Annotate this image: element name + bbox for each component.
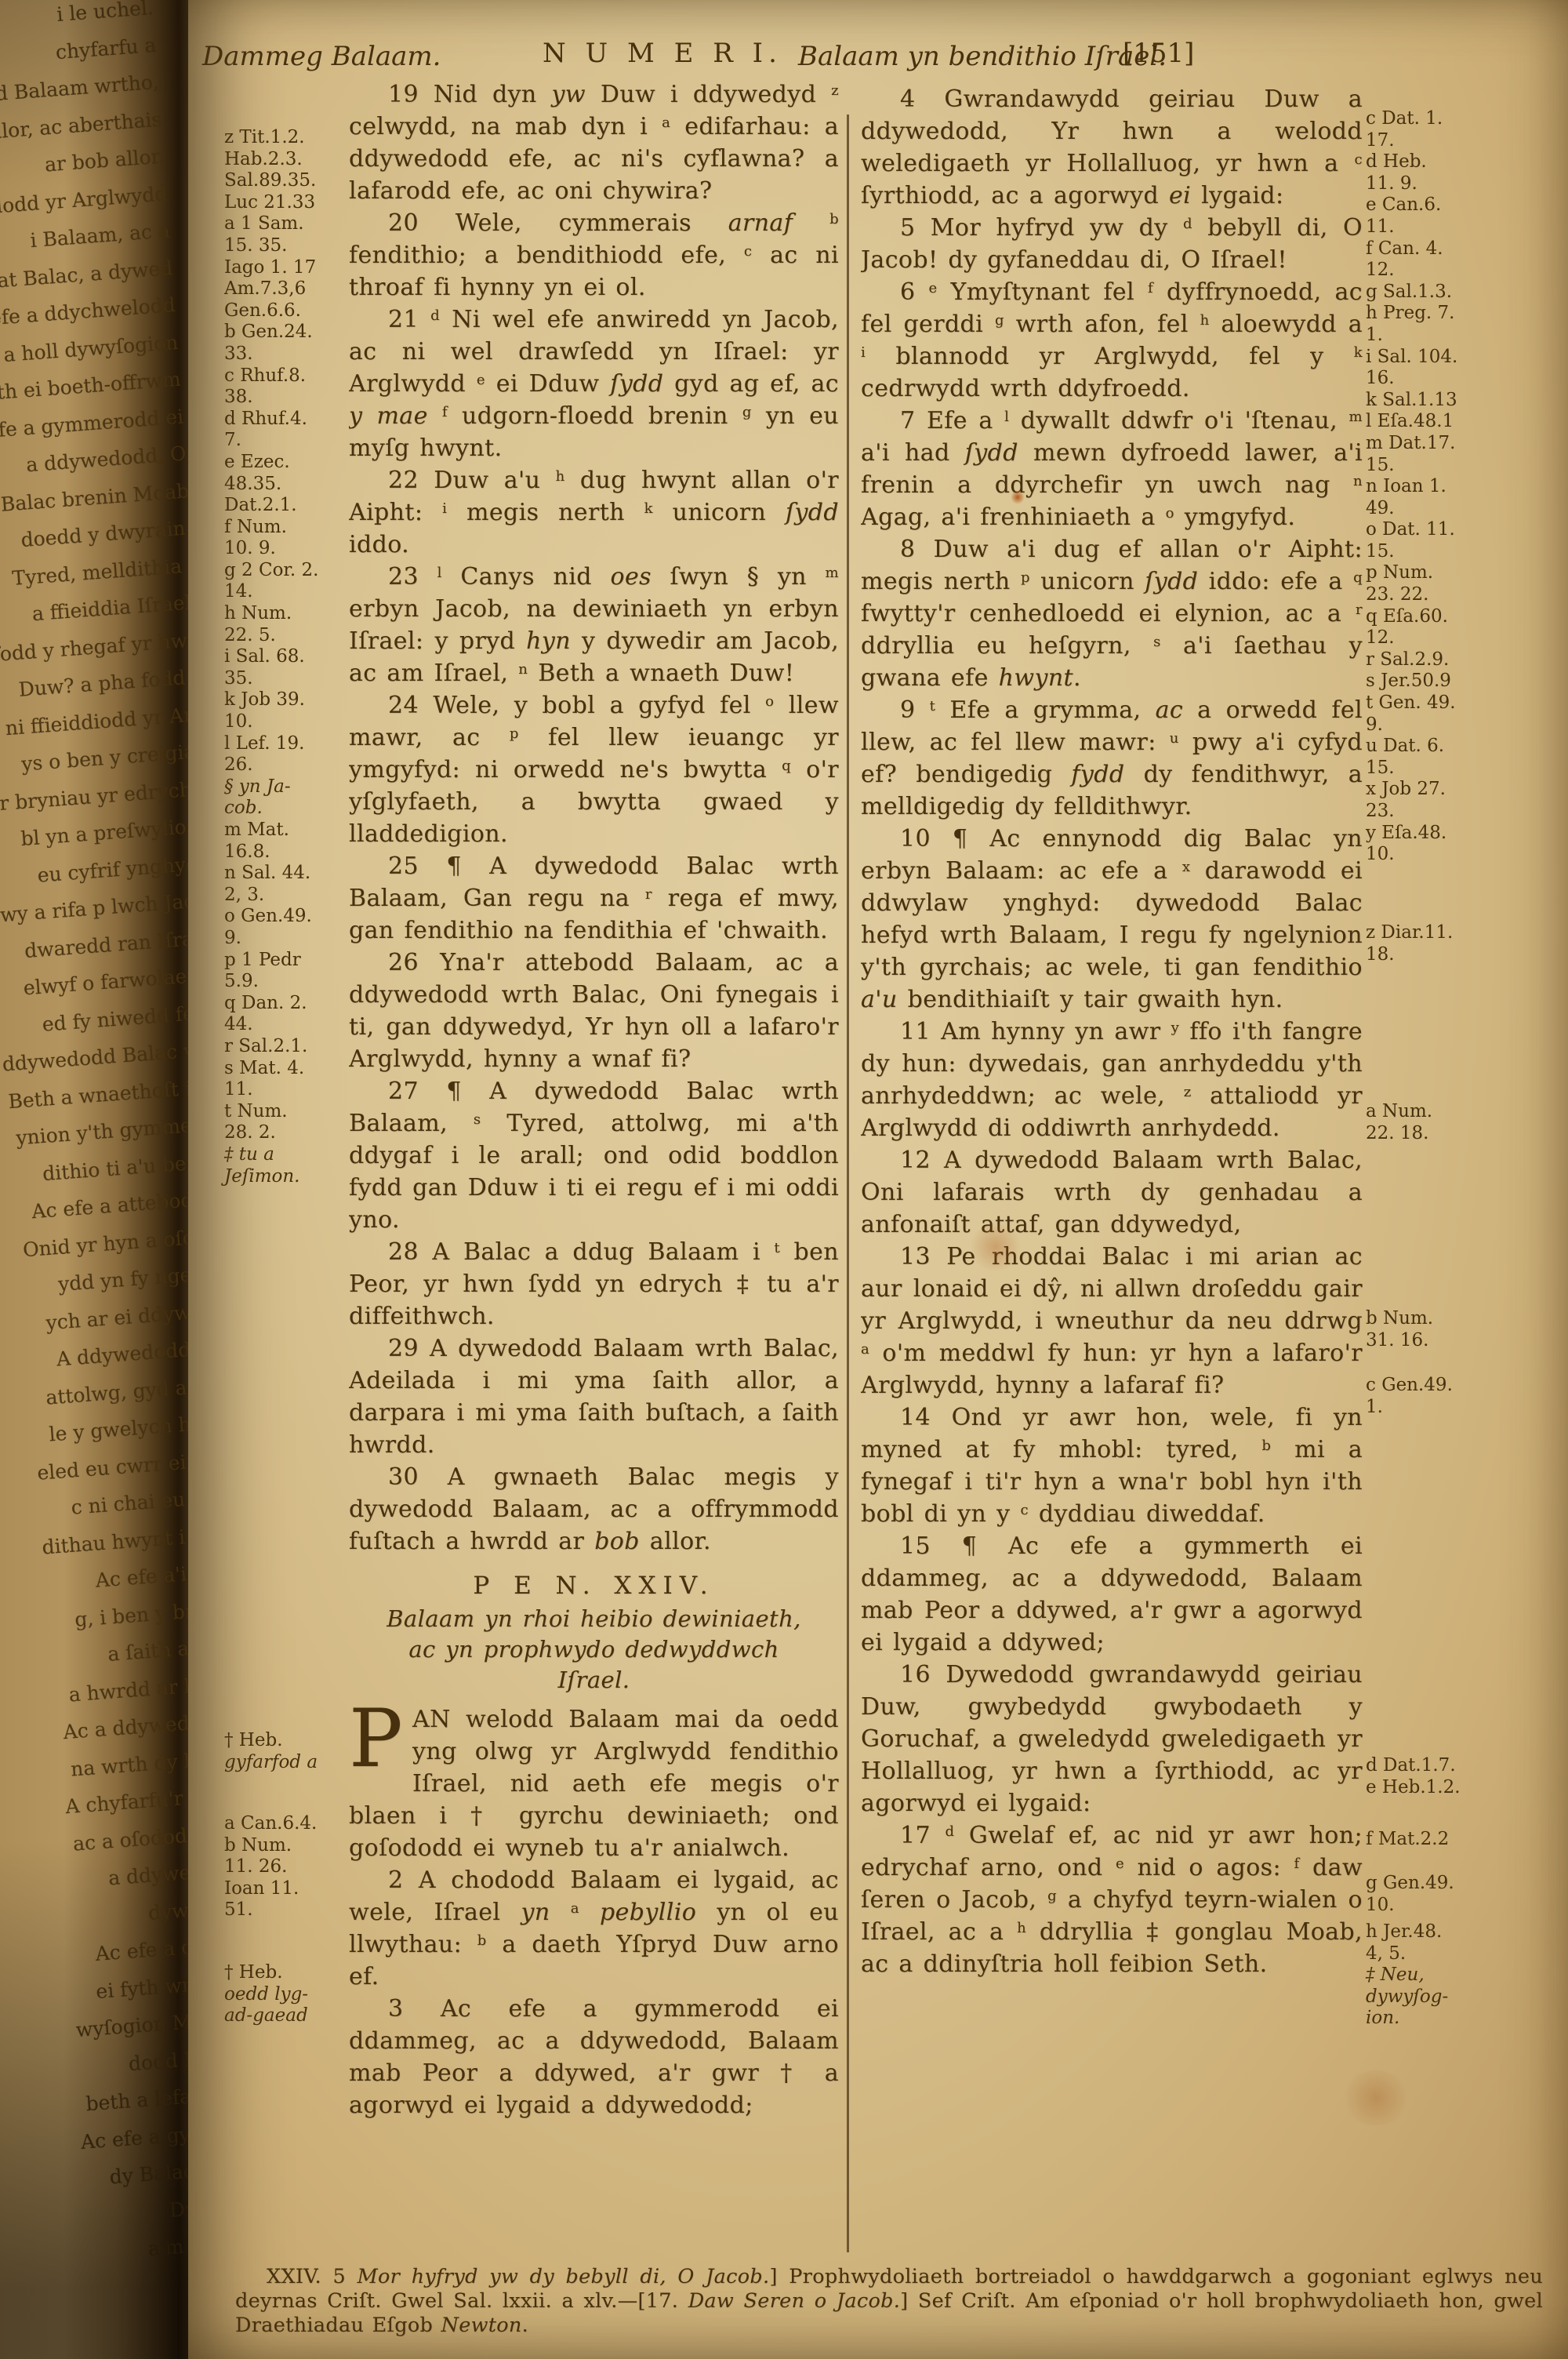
- margin-reference: 28. 2.: [224, 1122, 348, 1144]
- text-block: 7 Efe a l dywallt ddwfr o'i 'ſtenau, m a…: [861, 405, 1363, 533]
- margin-reference: Sal.89.35.: [224, 170, 348, 192]
- margin-reference: 12.: [1366, 260, 1566, 282]
- commentary-footnote: XXIV. 5 Mor hyfryd yw dy bebyll di, O Ja…: [235, 2265, 1543, 2338]
- margin-reference: 23. 22.: [1366, 584, 1566, 606]
- margin-reference: 11. 26.: [224, 1856, 348, 1878]
- margin-reference: a Can.6.4.: [224, 1813, 348, 1835]
- margin-reference: k Job 39.: [224, 689, 348, 711]
- margin-reference: n Ioan 1.: [1366, 476, 1566, 498]
- text-block: 13 Pe rhoddai Balac i mi arian ac aur lo…: [861, 1241, 1363, 1401]
- margin-reference: 31. 16.: [1366, 1330, 1566, 1352]
- margin-reference: s Mat. 4.: [224, 1058, 348, 1080]
- margin-reference: f Mat.2.2: [1366, 1829, 1566, 1851]
- drop-cap: P: [349, 1708, 403, 1771]
- margin-reference: Hab.2.3.: [224, 149, 348, 171]
- margin-reference: n Sal. 44.: [224, 863, 348, 885]
- text-block: 9 t Efe a grymma, ac a orwedd fel llew, …: [861, 694, 1363, 823]
- left-margin-note-group-2: † Heb.gyfarfod a: [224, 1730, 348, 1773]
- text-block: 12 A dywedodd Balaam wrth Balac, Oni laf…: [861, 1144, 1363, 1241]
- margin-reference: 48.35.: [224, 474, 348, 496]
- margin-reference: ad-gaead: [224, 2005, 348, 2027]
- margin-reference: † Heb.: [224, 1962, 348, 1984]
- right-text-column: 4 Gwrandawydd geiriau Duw a ddywedodd, Y…: [861, 83, 1363, 2138]
- margin-reference: 4, 5.: [1366, 1943, 1566, 1965]
- margin-reference: z Tit.1.2.: [224, 127, 348, 149]
- margin-reference: 14.: [224, 581, 348, 603]
- margin-reference: 10.: [224, 711, 348, 733]
- margin-reference: 44.: [224, 1014, 348, 1036]
- left-margin-references: z Tit.1.2.Hab.2.3.Sal.89.35.Luc 21.33a 1…: [224, 0, 348, 2359]
- margin-reference: g Sal.1.3.: [1366, 282, 1566, 304]
- margin-reference: k Sal.1.13: [1366, 390, 1566, 412]
- margin-reference: 10.: [1366, 1895, 1566, 1917]
- margin-reference: 51.: [224, 1899, 348, 1921]
- margin-reference: g 2 Cor. 2.: [224, 560, 348, 582]
- margin-reference: m Dat.17.: [1366, 433, 1566, 455]
- text-block: Balaam yn rhoi heibio dewiniaeth, ac yn …: [369, 1604, 818, 1696]
- margin-reference: g Gen.49.: [1366, 1873, 1566, 1895]
- right-margin-note-group-3: a Num.22. 18.: [1366, 1101, 1566, 1144]
- margin-reference: t Gen. 49.: [1366, 692, 1566, 714]
- text-block: 16 Dywedodd gwrandawydd geiriau Duw, gwy…: [861, 1659, 1363, 1819]
- margin-reference: † Heb.: [224, 1730, 348, 1752]
- margin-reference: Luc 21.33: [224, 192, 348, 214]
- margin-reference: i Sal. 68.: [224, 646, 348, 668]
- margin-reference: 15.: [1366, 541, 1566, 563]
- margin-reference: a Num.: [1366, 1101, 1566, 1123]
- margin-reference: Am.7.3,6: [224, 278, 348, 300]
- margin-reference: ‡ Neu,: [1366, 1965, 1566, 1986]
- margin-reference: 10. 9.: [224, 538, 348, 560]
- margin-reference: ion.: [1366, 2008, 1566, 2030]
- margin-reference: 10.: [1366, 844, 1566, 866]
- margin-reference: Ioan 11.: [224, 1878, 348, 1900]
- margin-reference: e Ezec.: [224, 452, 348, 474]
- margin-reference: 11.: [224, 1079, 348, 1101]
- margin-reference: d Dat.1.7.: [1366, 1755, 1566, 1777]
- margin-reference: 18.: [1366, 944, 1566, 966]
- margin-reference: p Num.: [1366, 562, 1566, 584]
- margin-reference: s Jer.50.9: [1366, 671, 1566, 692]
- text-block: 6 e Ymyſtynant fel f dyffrynoedd, ac fel…: [861, 276, 1363, 405]
- margin-reference: l Eſa.48.1: [1366, 411, 1566, 433]
- margin-reference: o Dat. 11.: [1366, 519, 1566, 541]
- margin-reference: b Num.: [1366, 1308, 1566, 1330]
- margin-reference: 9.: [224, 928, 348, 950]
- margin-reference: b Num.: [224, 1835, 348, 1857]
- margin-reference: e Can.6.: [1366, 194, 1566, 216]
- text-block: 10 ¶ Ac ennynodd dig Balac yn erbyn Bala…: [861, 823, 1363, 1016]
- margin-reference: p 1 Pedr: [224, 950, 348, 972]
- margin-reference: z Diar.11.: [1366, 922, 1566, 944]
- book-title: N U M E R I.: [543, 38, 782, 69]
- text-block: 8 Duw a'i dug ef allan o'r Aipht: megis …: [861, 533, 1363, 694]
- right-margin-note-group-2: z Diar.11.18.: [1366, 922, 1566, 965]
- text-block: 2 A chododd Balaam ei lygaid, ac wele, I…: [349, 1864, 839, 1993]
- text-block: 29 A dywedodd Balaam wrth Balac, Adeilad…: [349, 1332, 839, 1461]
- margin-reference: 17.: [1366, 130, 1566, 152]
- margin-reference: 49.: [1366, 498, 1566, 520]
- left-margin-note-group-3: a Can.6.4.b Num.11. 26.Ioan 11.51.: [224, 1813, 348, 1921]
- text-block: 26 Yna'r attebodd Balaam, ac a ddywedodd…: [349, 947, 839, 1075]
- margin-reference: h Preg. 7.: [1366, 303, 1566, 325]
- margin-reference: r Sal.2.1.: [224, 1036, 348, 1058]
- text-block: 25 ¶ A dywedodd Balac wrth Balaam, Gan r…: [349, 850, 839, 947]
- margin-reference: 22. 5.: [224, 625, 348, 647]
- margin-reference: 5.9.: [224, 971, 348, 993]
- margin-reference: x Job 27.: [1366, 779, 1566, 801]
- margin-reference: r Sal.2.9.: [1366, 649, 1566, 671]
- text-block: P E N. XXIV.: [349, 1570, 839, 1602]
- margin-reference: 38.: [224, 387, 348, 409]
- running-header-right: Balaam yn bendithio Iſrael.: [798, 41, 1167, 72]
- right-margin-note-group-5: c Gen.49.1.: [1366, 1375, 1566, 1418]
- text-block: 21 d Ni wel efe anwiredd yn Jacob, ac ni…: [349, 304, 839, 464]
- text-block: 15 ¶ Ac efe a gymmerth ei ddammeg, ac a …: [861, 1530, 1363, 1659]
- margin-reference: i Sal. 104.: [1366, 347, 1566, 369]
- margin-reference: ‡ tu a: [224, 1144, 348, 1166]
- text-block: 19 Nid dyn yw Duw i ddywedyd z celwydd, …: [349, 78, 839, 207]
- margin-reference: 16.8.: [224, 841, 348, 863]
- margin-reference: 15.: [1366, 758, 1566, 780]
- margin-reference: 12.: [1366, 627, 1566, 649]
- margin-reference: 1.: [1366, 325, 1566, 347]
- margin-reference: Iago 1. 17: [224, 257, 348, 279]
- margin-reference: oedd lyg-: [224, 1984, 348, 2006]
- text-block: 28 A Balac a ddug Balaam i t ben Peor, y…: [349, 1236, 839, 1332]
- text-block: 20 Wele, cymmerais arnaf b fendithio; a …: [349, 207, 839, 304]
- text-block: 11 Am hynny yn awr y ffo i'th fangre dy …: [861, 1016, 1363, 1144]
- right-margin-note-group-6: d Dat.1.7.e Heb.1.2.: [1366, 1755, 1566, 1798]
- right-margin-note-group-8: g Gen.49.10.: [1366, 1873, 1566, 1916]
- text-block: 22 Duw a'u h dug hwynt allan o'r Aipht: …: [349, 464, 839, 561]
- column-divider-rule: [847, 114, 849, 2252]
- margin-reference: 15. 35.: [224, 235, 348, 257]
- margin-reference: 22. 18.: [1366, 1123, 1566, 1145]
- right-margin-references: c Dat. 1.17.d Heb.11. 9.e Can.6.11.f Can…: [1366, 0, 1566, 2359]
- text-block: 17 d Gwelaf ef, ac nid yr awr hon; edryc…: [861, 1819, 1363, 1980]
- right-margin-note-group-4: b Num.31. 16.: [1366, 1308, 1566, 1351]
- page-number: [151]: [1123, 38, 1194, 69]
- margin-reference: gyfarfod a: [224, 1752, 348, 1774]
- left-text-column: 19 Nid dyn yw Duw i ddywedyd z celwydd, …: [349, 78, 839, 2279]
- margin-reference: 16.: [1366, 368, 1566, 390]
- text-block: 27 ¶ A dywedodd Balac wrth Balaam, s Tyr…: [349, 1075, 839, 1236]
- text-block: 4 Gwrandawydd geiriau Duw a ddywedodd, Y…: [861, 83, 1363, 212]
- margin-reference: h Jer.48.: [1366, 1921, 1566, 1943]
- text-block: PAN welodd Balaam mai da oedd yng olwg y…: [349, 1703, 839, 1864]
- left-margin-note-group-4: † Heb.oedd lyg-ad-gaead: [224, 1962, 348, 2027]
- margin-reference: 26.: [224, 754, 348, 776]
- text-block: 23 l Canys nid oes ſwyn § yn m erbyn Jac…: [349, 561, 839, 689]
- margin-reference: o Gen.49.: [224, 906, 348, 928]
- right-margin-note-group-1: c Dat. 1.17.d Heb.11. 9.e Can.6.11.f Can…: [1366, 108, 1566, 866]
- margin-reference: l Lef. 19.: [224, 733, 348, 755]
- text-block: 3 Ac efe a gymmerodd ei ddammeg, ac a dd…: [349, 1993, 839, 2121]
- margin-reference: q Dan. 2.: [224, 993, 348, 1015]
- text-block: 14 Ond yr awr hon, wele, fi yn myned at …: [861, 1401, 1363, 1530]
- margin-reference: Dat.2.1.: [224, 495, 348, 517]
- text-block: 24 Wele, y bobl a gyfyd fel o llew mawr,…: [349, 689, 839, 850]
- opposite-page-gutter: i le uchel.chyfarfu ad Balaam wrtho,allo…: [0, 0, 188, 2359]
- margin-reference: 9.: [1366, 714, 1566, 736]
- margin-reference: Jeſimon.: [224, 1166, 348, 1188]
- margin-reference: u Dat. 6.: [1366, 736, 1566, 758]
- left-margin-note-group-1: z Tit.1.2.Hab.2.3.Sal.89.35.Luc 21.33a 1…: [224, 127, 348, 1187]
- margin-reference: b Gen.24.: [224, 322, 348, 343]
- margin-reference: 11.: [1366, 216, 1566, 238]
- margin-reference: f Num.: [224, 517, 348, 539]
- margin-reference: c Dat. 1.: [1366, 108, 1566, 130]
- margin-reference: 1.: [1366, 1397, 1566, 1419]
- margin-reference: f Can. 4.: [1366, 238, 1566, 260]
- margin-reference: c Gen.49.: [1366, 1375, 1566, 1397]
- margin-reference: 23.: [1366, 801, 1566, 823]
- right-margin-note-group-9: h Jer.48.4, 5.‡ Neu,dywyſog-ion.: [1366, 1921, 1566, 2030]
- text-block: 30 A gwnaeth Balac megis y dywedodd Bala…: [349, 1461, 839, 1558]
- margin-reference: a 1 Sam.: [224, 213, 348, 235]
- margin-reference: e Heb.1.2.: [1366, 1777, 1566, 1799]
- margin-reference: 33.: [224, 343, 348, 365]
- margin-reference: 2, 3.: [224, 885, 348, 907]
- margin-reference: 11. 9.: [1366, 173, 1566, 195]
- margin-reference: t Num.: [224, 1101, 348, 1123]
- margin-reference: Gen.6.6.: [224, 300, 348, 322]
- text-block: 5 Mor hyfryd yw dy d bebyll di, O Jacob!…: [861, 212, 1363, 276]
- margin-reference: q Eſa.60.: [1366, 606, 1566, 628]
- bible-page: Dammeg Balaam. N U M E R I. Balaam yn be…: [188, 0, 1568, 2359]
- opposite-page-text-fragments: i le uchel.chyfarfu ad Balaam wrtho,allo…: [0, 0, 188, 2317]
- margin-reference: m Mat.: [224, 820, 348, 841]
- right-margin-note-group-7: f Mat.2.2: [1366, 1829, 1566, 1851]
- margin-reference: d Rhuf.4.: [224, 409, 348, 431]
- margin-reference: d Heb.: [1366, 151, 1566, 173]
- margin-reference: c Rhuf.8.: [224, 365, 348, 387]
- margin-reference: cob.: [224, 798, 348, 820]
- margin-reference: § yn Ja-: [224, 776, 348, 798]
- margin-reference: h Num.: [224, 603, 348, 625]
- margin-reference: 35.: [224, 668, 348, 690]
- margin-reference: y Eſa.48.: [1366, 823, 1566, 845]
- margin-reference: 15.: [1366, 455, 1566, 477]
- margin-reference: dywyſog-: [1366, 1986, 1566, 2008]
- margin-reference: 7.: [224, 430, 348, 452]
